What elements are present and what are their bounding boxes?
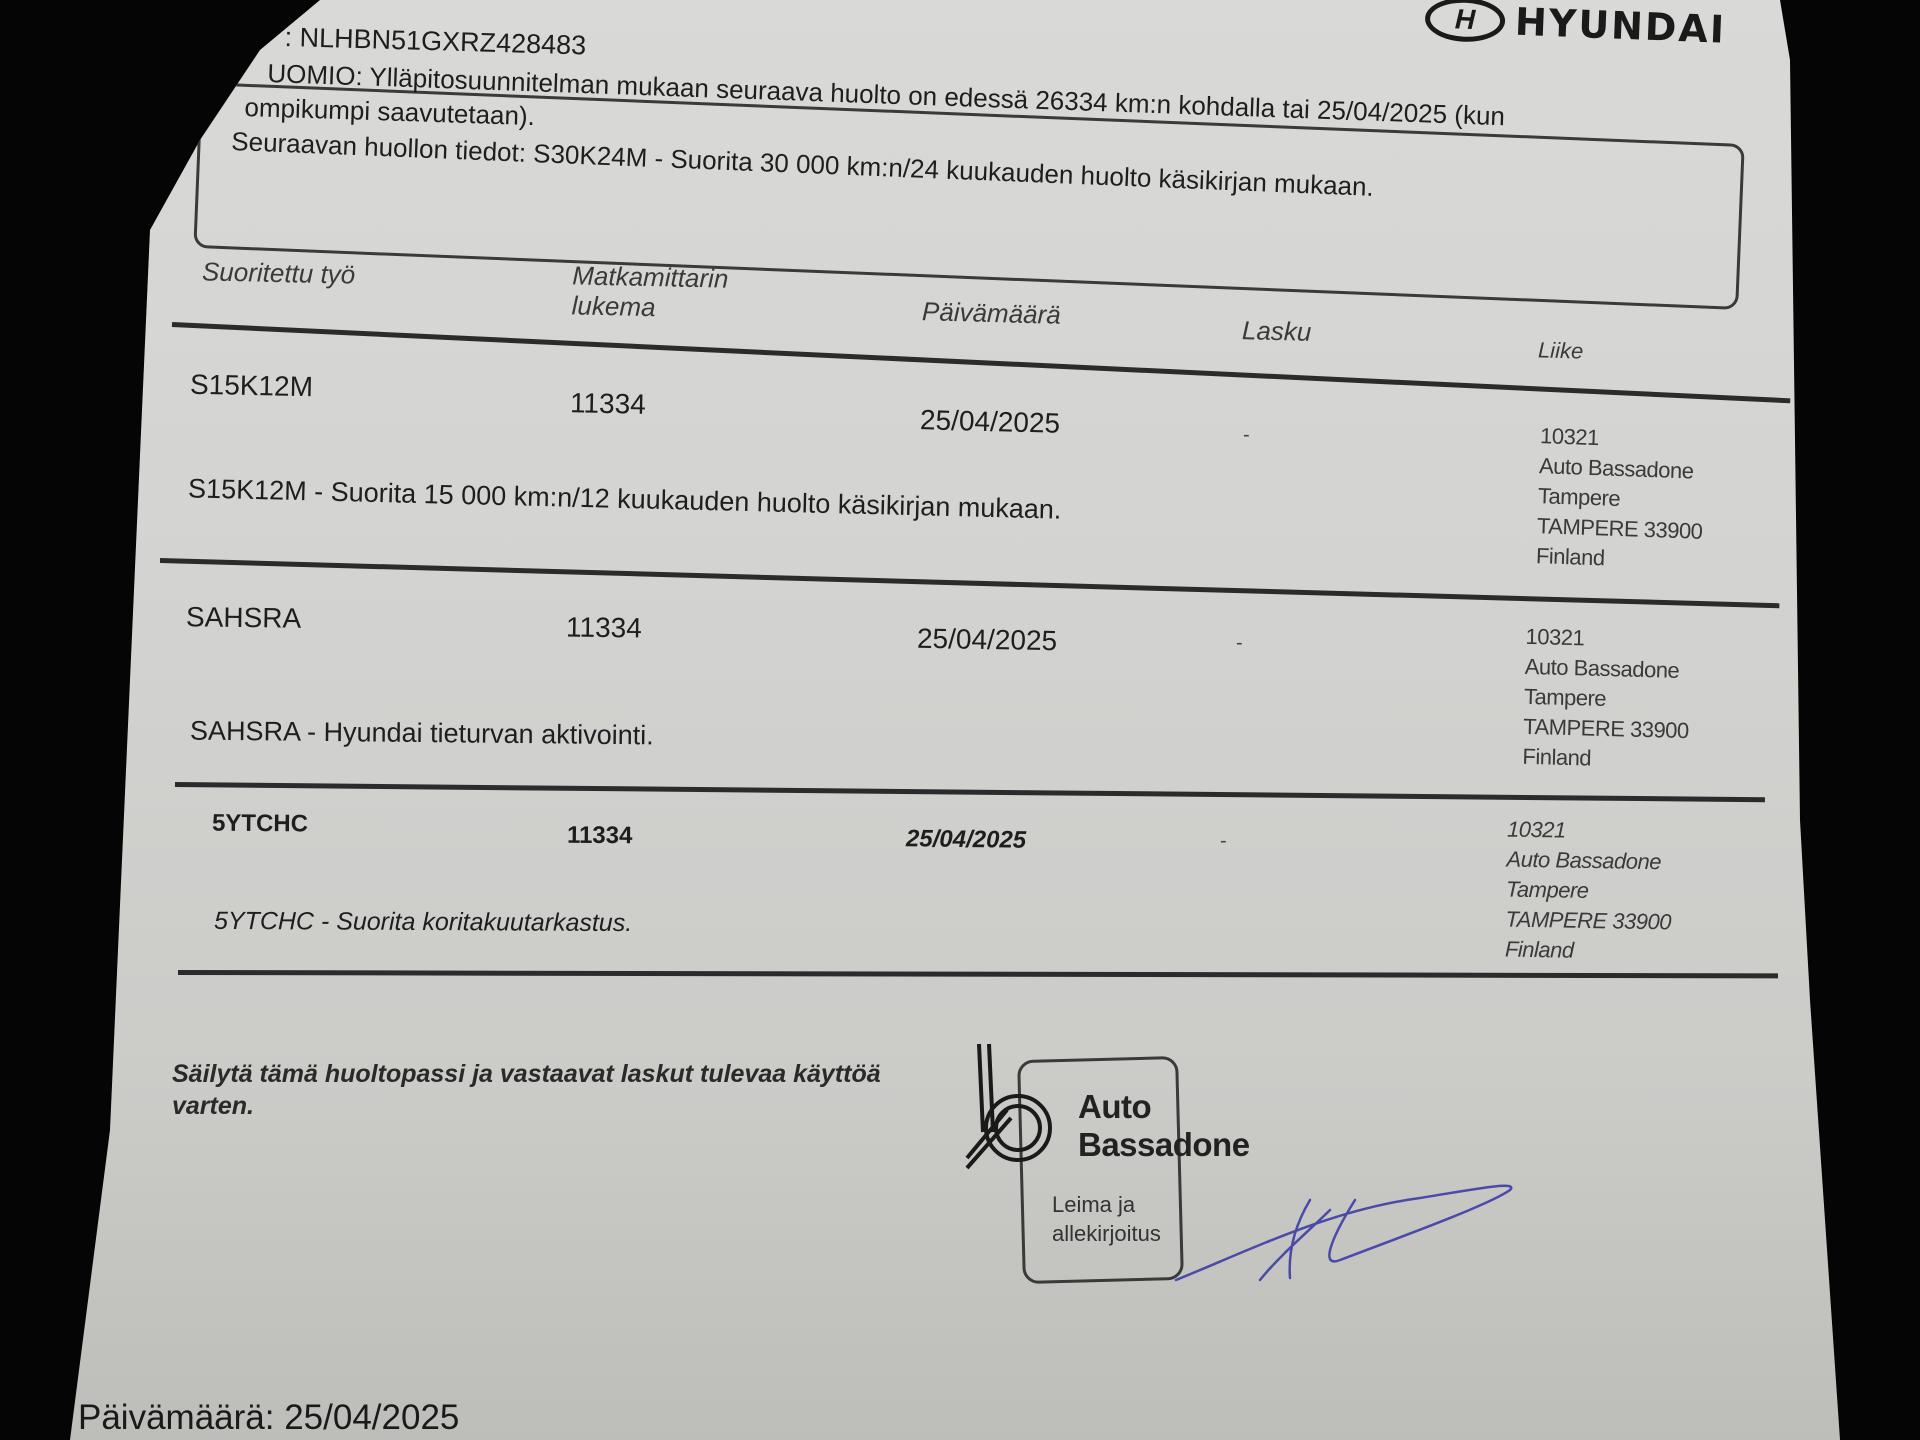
header-work: Suoritettu työ [202,256,356,289]
row2-date: 25/04/2025 [917,623,1058,657]
header-date: Päivämäärä [922,296,1061,330]
stamp-label-line-1: Leima ja [1052,1190,1161,1219]
dealer-postal: TAMPERE 33900 [1505,905,1671,938]
row2-code: SAHSRA [186,601,302,635]
row2-dealer: 10321 Auto Bassadone Tampere TAMPERE 339… [1522,622,1691,776]
row3-divider [178,970,1778,978]
row1-description: S15K12M - Suorita 15 000 km:n/12 kuukaud… [188,473,1062,525]
row1-dealer: 10321 Auto Bassadone Tampere TAMPERE 339… [1535,421,1706,577]
header-dealer: Liike [1538,335,1584,366]
service-booklet-page: H HYUNDAI : NLHBN51GXRZ428483 UOMIO: Yll… [0,0,1920,1440]
header-odometer: Matkamittarin lukema [571,260,728,323]
hyundai-logo-icon: H [1424,0,1506,43]
header-odometer-line-2: lukema [571,290,728,323]
row3-code: 5YTCHC [212,810,308,839]
row1-code: S15K12M [190,369,314,404]
dealer-stamp-logo-icon [963,1040,1073,1170]
row3-dealer: 10321 Auto Bassadone Tampere TAMPERE 339… [1505,815,1673,968]
footer-date: Päivämäärä: 25/04/2025 [78,1398,459,1438]
header-invoice: Lasku [1242,315,1312,347]
dealer-id: 10321 [1507,815,1673,848]
dealer-country: Finland [1535,541,1701,577]
vin-number: : NLHBN51GXRZ428483 [284,22,586,61]
signature-icon [1170,1170,1530,1290]
dealer-city: Tampere [1506,875,1672,908]
row2-divider [175,782,1765,802]
dealer-id: 10321 [1525,622,1691,656]
stamp-label: Leima ja allekirjoitus [1052,1190,1161,1248]
dealer-name: Auto Bassadone [1506,845,1672,878]
row2-description: SAHSRA - Hyundai tieturvan aktivointi. [190,716,654,752]
header-odometer-line-1: Matkamittarin [572,260,729,293]
row3-date: 25/04/2025 [906,825,1026,854]
row1-invoice: - [1243,424,1250,447]
row3-invoice: - [1220,830,1227,853]
row2-invoice: - [1236,632,1243,655]
vin-value: NLHBN51GXRZ428483 [299,22,586,60]
dealer-name: Auto Bassadone [1524,652,1690,686]
stamp-name-line-1: Auto [1078,1088,1250,1126]
stamp-name-line-2: Bassadone [1078,1126,1250,1164]
stamp-dealer-name: Auto Bassadone [1078,1088,1250,1164]
dealer-country: Finland [1505,935,1671,968]
row1-date: 25/04/2025 [920,404,1061,440]
stamp-label-line-2: allekirjoitus [1052,1219,1161,1248]
dealer-postal: TAMPERE 33900 [1523,712,1689,746]
dealer-country: Finland [1522,742,1688,776]
brand-name: HYUNDAI [1514,0,1727,52]
row3-odometer: 11334 [567,822,633,851]
keep-booklet-note: Säilytä tämä huoltopassi ja vastaavat la… [172,1058,892,1122]
row1-odometer: 11334 [570,387,646,421]
vin-label: : [284,22,292,52]
dealer-city: Tampere [1524,682,1690,716]
row2-odometer: 11334 [566,611,642,644]
row3-description: 5YTCHC - Suorita koritakuutarkastus. [214,907,632,938]
brand-logo: H HYUNDAI [1424,0,1727,52]
